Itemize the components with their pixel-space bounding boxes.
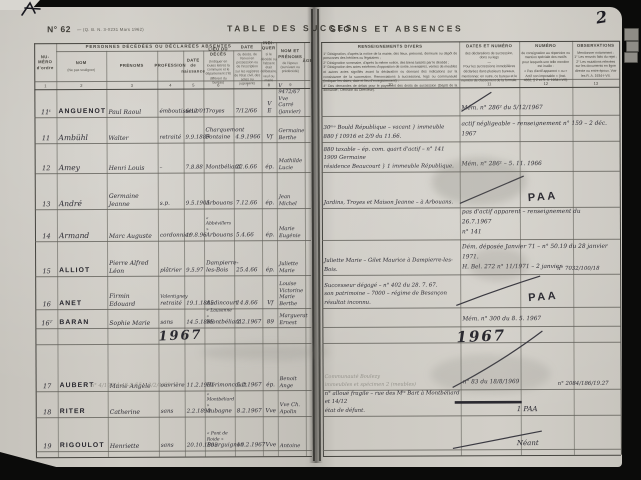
cell-date-naissance: 9.9.1889	[185, 117, 202, 142]
cell-prenoms: Paul Raoul	[108, 89, 156, 116]
year-heading: 1967	[158, 328, 203, 345]
cell-date-deces: 22.6.66	[236, 142, 261, 171]
cell-date-naissance: 20.10.1893	[187, 417, 204, 450]
column-header-label: DATE de naissance	[181, 58, 205, 74]
column-header: PRÉNOMS	[107, 52, 156, 80]
cell-nom: ANGUENOT	[58, 89, 105, 116]
cell-nom: RITER	[60, 391, 107, 416]
column-number: 6	[203, 80, 233, 88]
column-header-label: OBSERVATIONS	[574, 43, 617, 49]
cell-epoux: Germaine Berthe	[278, 116, 303, 141]
column-header: OBSERVATIONSMentionner notamment : 1° Le…	[574, 43, 617, 77]
cell-lieu-deces: Troyes	[205, 88, 232, 115]
cell-date-naissance: 6/12/01	[185, 89, 202, 116]
form-number: N° 62	[47, 24, 71, 34]
cell-declaration: pas d'actif apparent – renseignement du …	[462, 207, 609, 239]
cell-profession: cordonnier	[160, 209, 183, 240]
cell-date-deces: 5.4.66	[236, 208, 261, 239]
cell-observations: n° 2084/186/19.27	[557, 342, 624, 388]
column-header-label: LIEU DU DÉCÈS	[204, 46, 232, 57]
cell-profession: retraité	[159, 117, 182, 142]
scan-right-edge	[623, 0, 641, 480]
cell-epoux: Jean Michel	[279, 172, 304, 207]
cell-epoux: Juliette Marie	[279, 240, 304, 274]
column-number: 1	[34, 81, 56, 89]
scan-bottom-edge	[0, 467, 641, 480]
column-number: 7	[233, 80, 261, 88]
cell-epoux: Vve Ch. Apolin	[280, 390, 305, 415]
cell-etat-civil: ép.	[264, 208, 276, 239]
cell-profession: sans	[161, 391, 184, 416]
column-number: 11	[459, 79, 519, 87]
column-header-label: INDI-QUER	[262, 40, 276, 51]
cell-epoux: V 9472/67 Vve Carré (janvier)	[278, 88, 303, 115]
cell-etat-civil: ép.	[264, 240, 276, 274]
cell-profession: s.p.	[160, 173, 183, 208]
cell-lieu-note: « Pont de Roide »	[207, 431, 234, 442]
column-number: 2	[56, 81, 106, 89]
cell-etat-civil: V E	[263, 88, 275, 115]
cell-lieu-deces: Montbéliard	[206, 142, 233, 171]
cell-prenoms: Firmin Edouard	[109, 276, 157, 308]
cell-lieu-deces: « Pont de Roide »Bourguignon	[207, 416, 234, 449]
index-tab	[624, 52, 638, 63]
cell-date-naissance: 14.5.1886	[186, 309, 203, 327]
cell-numero: 17	[37, 344, 56, 390]
cell-date-deces: 14.8.66	[236, 275, 261, 307]
scan-smudge	[432, 157, 527, 205]
cell-numero: 13	[37, 173, 56, 208]
index-tab	[626, 41, 639, 52]
table-area: NU-MÉRO d'ordre1NOM(Ne pas souligner)2PR…	[0, 0, 640, 1]
column-header: RENSEIGNEMENTS DIVERS1° Désignation, d'a…	[323, 43, 457, 78]
cell-date-deces: 8.2.1967	[237, 390, 262, 415]
cell-date-deces: 7/12/66	[235, 88, 260, 115]
page-title-right: SIONS ET ABSENCES	[330, 23, 463, 34]
cell-profession: sans	[161, 417, 184, 450]
cell-declaration: actif négligeable – renseignement n° 159…	[461, 115, 608, 141]
cell-etat-civil: ép.	[264, 172, 276, 207]
cell-lieu-deces: Arbouans	[206, 172, 233, 207]
cell-date-naissance: 9.5.1905	[186, 173, 203, 208]
cell-renseignements: n° alloué fragile – rue des Mᵗˢ Bart à M…	[325, 389, 460, 415]
column-header-label: RENSEIGNEMENTS DIVERS	[323, 43, 457, 49]
cell-nom: Amey	[59, 143, 106, 172]
table-line	[323, 455, 621, 457]
cell-consignation-paa: PAA	[527, 190, 558, 204]
cell-prenoms: Germaine Jeanne	[109, 173, 157, 208]
cell-date-naissance: 9.5.97	[186, 241, 203, 275]
cell-nom: Armand	[59, 209, 106, 240]
cell-renseignements: 880 taxable – ép. com. quart d'actif – n…	[324, 141, 459, 171]
cell-renseignements: Successeur dégagé – n° 402 du 28. 7. 67.…	[324, 274, 459, 307]
cell-nom: ALLIOT	[59, 241, 106, 275]
cell-date-naissance: 19.1.1885	[186, 276, 203, 308]
column-header: NOM(Ne pas souligner)	[57, 52, 105, 80]
cell-epoux: Antoine	[280, 416, 305, 449]
column-header-label: DATES ET NUMÉRO	[461, 43, 517, 49]
column-header: PROFESSION	[158, 52, 182, 80]
cell-etat-civil: Vf	[264, 275, 276, 307]
column-number: 10	[321, 79, 459, 88]
cell-date-naissance: 2.2.1890	[187, 391, 204, 416]
column-number: 5	[183, 81, 203, 89]
cell-lieu-deces: Audincourt	[206, 275, 233, 307]
cell-epoux: Marie Eugénie	[279, 208, 304, 239]
cell-prenoms: Pierre Alfred Léon	[109, 241, 157, 275]
cell-lieu-deces: « Montbéliard »Aubagne	[207, 390, 234, 415]
cell-date-deces: 2.2.1967	[236, 308, 261, 326]
cell-date-deces: 25.4.66	[236, 240, 261, 274]
column-header-label: NU-MÉRO d'ordre	[35, 54, 55, 70]
cell-numero: 19	[38, 417, 57, 450]
cell-lieu-deces: Dampierre-les-Bois	[206, 240, 233, 274]
cell-numero: 12	[37, 143, 56, 172]
cell-lieu-note: « Montbéliard »	[207, 392, 234, 409]
column-header-label: DATE	[241, 45, 254, 50]
cell-profession: –	[160, 143, 183, 172]
cell-numero: 15	[37, 241, 56, 275]
cell-consignation: 1 PAA	[517, 389, 584, 414]
cell-nom: RIGOULOT	[60, 417, 107, 450]
cell-prenoms: Catherine	[110, 391, 158, 416]
cell-consignation-paa: PAA	[528, 290, 559, 304]
cell-nom: ANET	[59, 276, 106, 308]
cell-date-deces: 4.9.1966	[235, 116, 260, 141]
cell-nom: BARAN	[59, 309, 106, 327]
column-number: 3	[106, 81, 157, 89]
cell-numero: 14	[37, 209, 56, 240]
cell-epoux: Marguerat Ernest	[279, 308, 304, 326]
index-tab	[624, 28, 639, 41]
cell-renseignements: 30ᵐᵉ Bould République – vacant } immeubl…	[323, 115, 458, 141]
cell-numero: 11ᵗ	[36, 89, 55, 116]
cell-nom: Ambühl	[58, 117, 105, 142]
cell-numero: 16ᵀ	[37, 309, 56, 327]
column-header: DATES ET NUMÉROdes déclarations de succe…	[461, 43, 517, 77]
cell-etat-civil: Vve	[265, 390, 277, 415]
cell-prenoms: Sophie Marie	[109, 309, 157, 327]
column-header-label: NOM ET PRÉNOMS	[277, 48, 303, 59]
table-line	[323, 449, 621, 451]
column-number: 13	[572, 79, 619, 87]
column-header-note: de l'époux (survivant ou prédécédé)	[277, 61, 303, 74]
cell-observations: n° 7032/100/18	[557, 239, 624, 273]
cell-lieu-note: « Abbévillers »	[206, 216, 233, 233]
cell-numero: 18	[38, 391, 57, 416]
cell-nom: André	[59, 173, 106, 208]
column-number: 8	[261, 80, 276, 88]
cell-prenoms: Henriette	[110, 417, 158, 450]
handwritten-page-number: 2	[594, 7, 608, 29]
cell-profession: émboutisseur	[159, 89, 182, 116]
column-header-note: Mentionner notamment : 1° Les renvois fa…	[574, 50, 617, 78]
cell-date-deces: 10.2.1967	[237, 416, 262, 449]
cell-lieu-note: « Lausanne »	[206, 308, 233, 319]
cell-etat-civil: 89	[264, 308, 276, 326]
cell-etat-civil: ép.	[264, 142, 276, 171]
column-header-label: NOM	[76, 60, 87, 65]
column-header: INDI-QUERsi le décédé ou l'absent était …	[262, 43, 275, 79]
cell-etat-civil: Vf	[263, 116, 275, 141]
cell-numero: 16	[37, 276, 56, 308]
cell-lieu-deces: Charquemont Fontaine	[205, 116, 232, 141]
table-line	[36, 450, 312, 452]
column-header: NU-MÉRO d'ordre	[35, 44, 55, 80]
cell-lieu-deces: « Lausanne »Montbéliard	[206, 308, 233, 326]
cell-profession: Valentigneyretraité	[160, 276, 183, 308]
cell-consignation: Néant	[517, 415, 584, 448]
column-header: DATEdu décès, de l'envoi en possession o…	[234, 51, 260, 79]
scan-smudge	[468, 247, 528, 281]
pencil-annotation: n° 4/102 du 8-2-55 – 3/2/4/69	[91, 383, 171, 390]
column-header: LIEU DU DÉCÈS(Indiquer en toutes lettres…	[204, 51, 232, 79]
form-reference: — (Q. B. N. 3-0231 Mars 1962)	[77, 27, 144, 32]
cell-lieu-deces: « Abbévillers »Arbouans	[206, 208, 233, 239]
column-header-note: (Ne pas souligner)	[67, 67, 95, 71]
cell-prenoms: Marc Auguste	[109, 209, 157, 240]
column-header-label: PRÉNOMS	[120, 63, 144, 68]
cell-declaration: Mém. n° 286² du 5/12/1967	[461, 87, 608, 115]
cell-epoux: Mathilde Lucie	[279, 142, 304, 171]
cell-declaration: Mém. n° 300 du 8. 5. 1967	[462, 307, 609, 326]
cell-profession: sans	[160, 309, 183, 327]
cell-profession-note: Valentigney	[160, 295, 183, 301]
cell-date-naissance: 7.8.88	[186, 143, 203, 172]
cell-date-naissance: 19.8.96	[186, 209, 203, 240]
column-header: NOM ET PRÉNOMSde l'époux (survivant ou p…	[277, 43, 303, 79]
column-number: 12	[519, 79, 572, 87]
cell-date-deces: 7.12.66	[236, 172, 261, 207]
cell-prenoms: Walter	[108, 117, 156, 142]
column-header: DATE de naissance	[184, 52, 202, 80]
cell-numero: 11	[36, 117, 55, 142]
column-number: 4	[157, 81, 183, 89]
column-header-note: si le décédé ou l'absent était célibatai…	[260, 53, 277, 83]
cell-epoux: Louise Victorine Marie Berthe	[279, 275, 304, 307]
cell-renseignements: Juliette Marie – Gilet Maurice à Dampier…	[324, 239, 459, 274]
column-header: NUMÉROde consignation au répertoire ou m…	[521, 43, 570, 77]
cell-profession: plâtrier	[160, 241, 183, 275]
cell-etat-civil: Vve	[265, 416, 277, 449]
cell-prenoms: Henri Louis	[109, 143, 157, 172]
table-line	[36, 456, 312, 458]
column-header-label: NUMÉRO	[521, 43, 570, 49]
register-scan: N° 62 — (Q. B. N. 3-0231 Mars 1962) TABL…	[0, 0, 641, 480]
page-content: N° 62 — (Q. B. N. 3-0231 Mars 1962) TABL…	[0, 0, 641, 480]
